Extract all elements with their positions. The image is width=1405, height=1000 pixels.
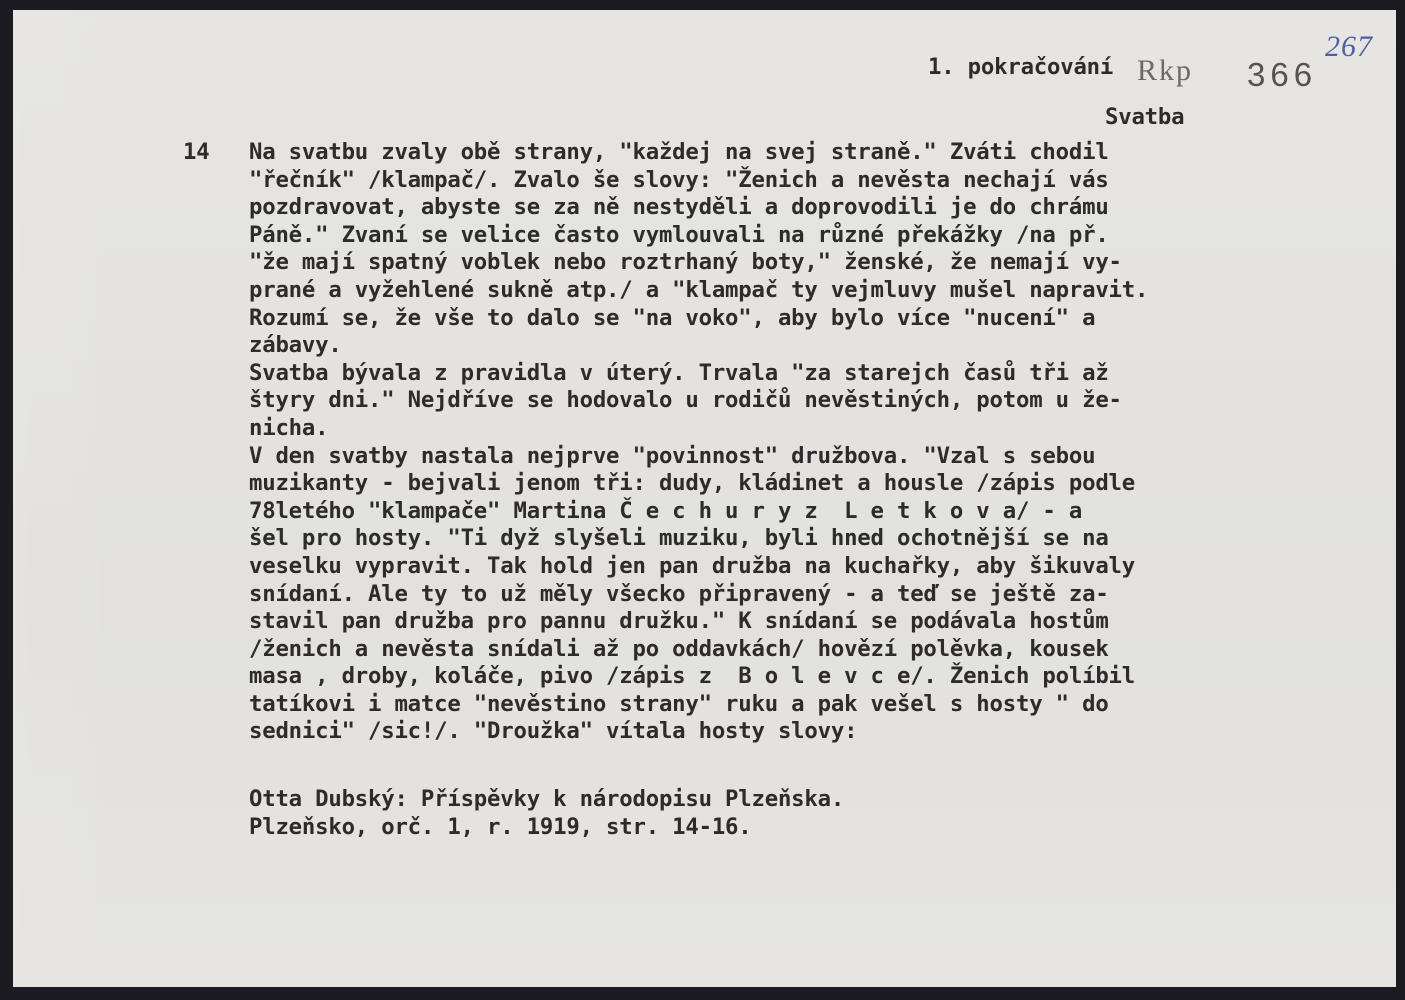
text-line: šel pro hosty. "Ti dyž slyšeli muziku, b…: [249, 525, 1148, 553]
text-line: muzikanty - bejvali jenom tři: dudy, klá…: [249, 470, 1148, 498]
archive-stamp-number: 366: [1247, 56, 1317, 94]
text-line: nicha.: [249, 415, 1148, 443]
text-line: masa , droby, koláče, pivo /zápis z B o …: [249, 663, 1148, 691]
text-line: "řečník" /klampač/. Zvalo še slovy: "Žen…: [249, 167, 1148, 195]
text-line: prané a vyžehlené sukně atp./ a "klampač…: [249, 277, 1148, 305]
archive-stamp-label: Rkp: [1137, 54, 1193, 88]
paragraph-number: 14: [183, 139, 209, 167]
text-line: veselku vypravit. Tak hold jen pan družb…: [249, 553, 1148, 581]
text-line: Svatba bývala z pravidla v úterý. Trvala…: [249, 360, 1148, 388]
text-line: Na svatbu zvaly obě strany, "každej na s…: [249, 139, 1148, 167]
document-page: 1. pokračování Rkp 366 267 Svatba 14 Na …: [13, 10, 1396, 987]
continuation-label: 1. pokračování: [928, 54, 1113, 82]
citation-line: Plzeňsko, orč. 1, r. 1919, str. 14-16.: [249, 814, 844, 842]
text-line: Páně." Zvaní se velice často vymlouvali …: [249, 222, 1148, 250]
text-line: tatíkovi i matce "nevěstino strany" ruku…: [249, 691, 1148, 719]
text-line: štyry dni." Nejdříve se hodovalo u rodič…: [249, 387, 1148, 415]
text-line: zábavy.: [249, 332, 1148, 360]
text-line: snídaní. Ale ty to už měly všecko připra…: [249, 581, 1148, 609]
text-line: V den svatby nastala nejprve "povinnost"…: [249, 443, 1148, 471]
text-line: Rozumí se, že vše to dalo se "na voko", …: [249, 305, 1148, 333]
citation: Otta Dubský: Příspěvky k národopisu Plze…: [249, 786, 844, 841]
text-line: sednici" /sic!/. "Droužka" vítala hosty …: [249, 718, 1148, 746]
text-line: stavil pan družba pro pannu družku." K s…: [249, 608, 1148, 636]
text-line: "že mají spatný voblek nebo roztrhaný bo…: [249, 249, 1148, 277]
text-line: 78letého "klampače" Martina Č e c h u r …: [249, 498, 1148, 526]
handwritten-page-number: 267: [1325, 30, 1373, 64]
citation-line: Otta Dubský: Příspěvky k národopisu Plze…: [249, 786, 844, 814]
text-line: /ženich a nevěsta snídali až po oddavkác…: [249, 636, 1148, 664]
text-line: pozdravovat, abyste se za ně nestyděli a…: [249, 194, 1148, 222]
body-text: Na svatbu zvaly obě strany, "každej na s…: [249, 139, 1148, 746]
section-title: Svatba: [1105, 104, 1184, 132]
